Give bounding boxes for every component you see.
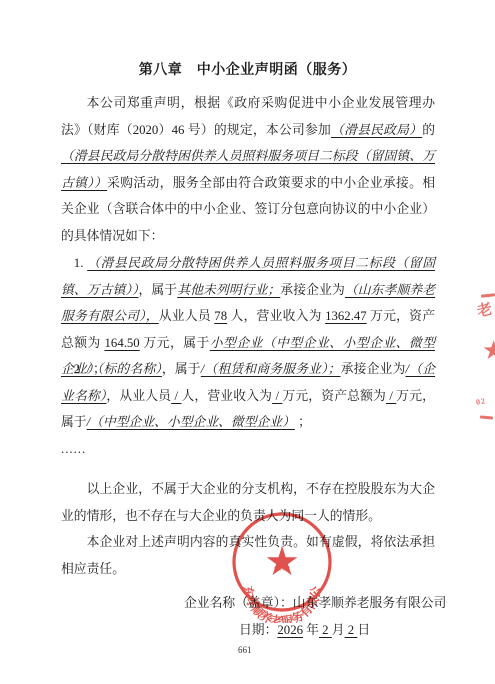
text-segment: / bbox=[171, 389, 181, 403]
text-segment: 日 bbox=[357, 623, 370, 637]
company-signature-line: 企业名称（盖章）：山东孝顺养老服务有限公司 bbox=[184, 592, 464, 611]
text-segment: ； bbox=[295, 415, 311, 429]
text-segment: 万元，资产总额为 bbox=[282, 389, 386, 403]
text-segment: 2 bbox=[345, 623, 358, 637]
date-line: 日期：2026 年 2 月 2 日 bbox=[239, 619, 469, 638]
declaration-intro-paragraph: 本公司郑重声明，根据《政府采购促进中小企业发展管理办法》（财库（2020）46 … bbox=[61, 90, 435, 250]
msme-item-2: 2. /（标的名称），属于/（租赁和商务服务业）；承接企业为/（企业名称），从业… bbox=[61, 356, 435, 436]
text-segment: ，属于 bbox=[138, 283, 177, 297]
text-segment: 2 bbox=[319, 623, 332, 637]
edge-seal-character: 老 bbox=[475, 298, 494, 322]
text-segment: ，从业人员 bbox=[106, 389, 171, 403]
text-segment: 的 bbox=[422, 123, 435, 137]
no-branch-paragraph: 以上企业，不属于大企业的分支机构，不存在控股股东为大企业的情形，也不存在与大企业… bbox=[61, 476, 435, 529]
text-segment: 承接企业为 bbox=[341, 362, 406, 376]
edge-seal-star-icon: ★ bbox=[482, 338, 495, 364]
text-segment: （滑县民政局） bbox=[331, 123, 422, 137]
text-segment: 采购活动，服务全部由符合政策要求的中小企业承接。相关企业（含联合体中的中小企业、… bbox=[61, 176, 435, 243]
responsibility-paragraph: 本企业对上述声明内容的真实性负责。如有虚假，将依法承担相应责任。 bbox=[61, 529, 435, 582]
text-segment: /（标的名称） bbox=[87, 362, 162, 376]
text-segment: 2026 bbox=[277, 623, 303, 637]
text-segment: 78 bbox=[214, 309, 227, 323]
text-segment: 1. bbox=[74, 256, 87, 270]
text-segment: 月 bbox=[332, 623, 345, 637]
text-segment: 从业人员 bbox=[159, 309, 215, 323]
text-segment: ，属于 bbox=[162, 362, 201, 376]
text-segment: / bbox=[386, 389, 396, 403]
text-segment: /（租赁和商务服务业）； bbox=[201, 362, 341, 376]
page-number: 661 bbox=[238, 645, 252, 655]
text-segment: 人，营业收入为 bbox=[227, 309, 325, 323]
text-segment: 其他未列明行业； bbox=[177, 283, 280, 297]
text-segment: 2. bbox=[74, 362, 87, 376]
text-segment: 日期： bbox=[239, 623, 277, 637]
edge-seal-stroke-bottom bbox=[480, 415, 493, 419]
text-segment: 人，营业收入为 bbox=[181, 389, 272, 403]
chapter-title: 第八章 中小企业声明函（服务） bbox=[0, 59, 495, 79]
document-page: 第八章 中小企业声明函（服务） 本公司郑重声明，根据《政府采购促进中小企业发展管… bbox=[0, 0, 495, 684]
text-segment: 164.50 bbox=[105, 336, 140, 350]
text-segment: 万元，属于 bbox=[140, 336, 210, 350]
edge-seal-digits: 02 bbox=[475, 396, 486, 407]
text-segment: /（中型企业、小型企业、微型企业） bbox=[87, 415, 295, 429]
text-segment: 年 bbox=[303, 623, 319, 637]
text-segment: 承接企业为 bbox=[280, 283, 345, 297]
ellipsis-line: ...... bbox=[61, 436, 435, 463]
text-segment: 1362.47 bbox=[325, 309, 367, 323]
text-segment: / bbox=[272, 389, 282, 403]
